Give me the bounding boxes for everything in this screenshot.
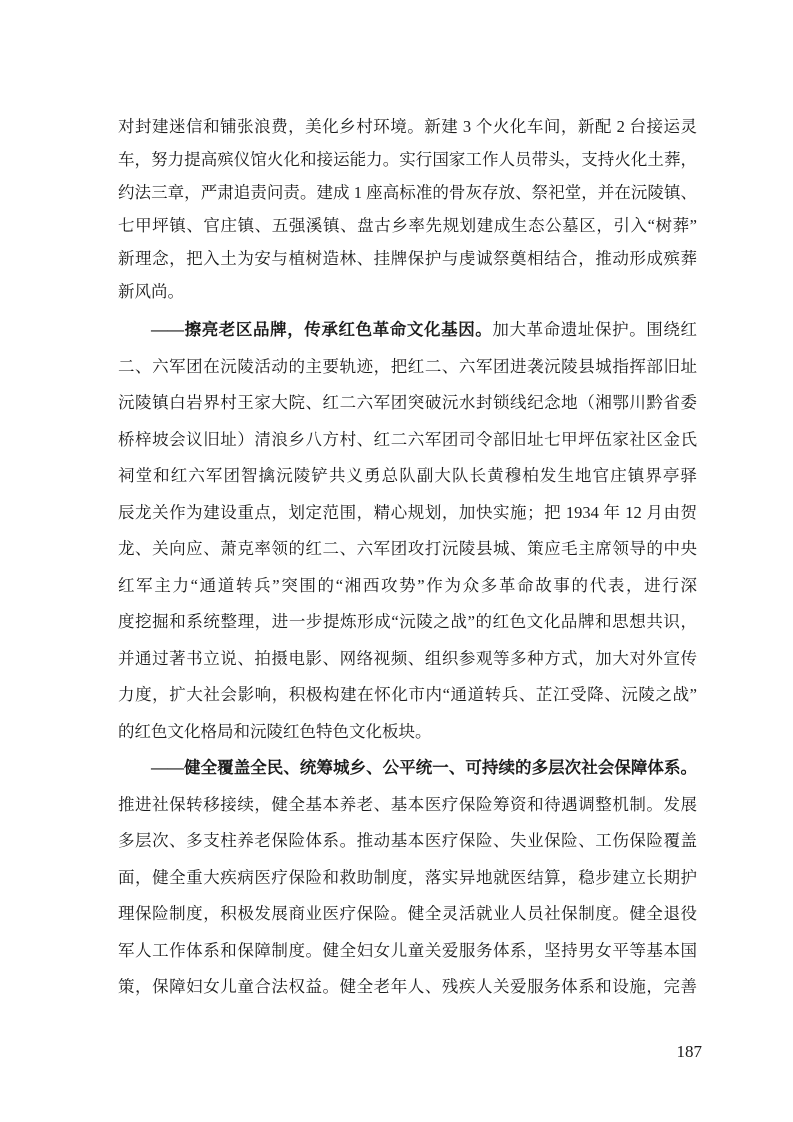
text-line: 理保险制度，积极发展商业医疗保险。健全灵活就业人员社保制度。健全退役 bbox=[118, 896, 697, 933]
text-line: 的红色文化格局和沅陵红色特色文化板块。 bbox=[118, 714, 697, 751]
text-line: 龙、关向应、萧克率领的红二、六军团攻打沅陵县城、策应毛主席领导的中央 bbox=[118, 531, 697, 568]
page-number: 187 bbox=[677, 1042, 703, 1062]
text-line: ——健全覆盖全民、统筹城乡、公平统一、可持续的多层次社会保障体系。 bbox=[118, 750, 697, 787]
paragraph: ——健全覆盖全民、统筹城乡、公平统一、可持续的多层次社会保障体系。推进社保转移接… bbox=[118, 750, 697, 1006]
text-line: 祠堂和红六军团智擒沅陵铲共义勇总队副大队长黄穆柏发生地官庄镇界亭驿 bbox=[118, 458, 697, 495]
bold-lead-text: ——擦亮老区品牌，传承红色革命文化基因。 bbox=[151, 320, 492, 339]
page-text-block: 对封建迷信和铺张浪费，美化乡村环境。新建 3 个火化车间，新配 2 台接运灵车，… bbox=[118, 110, 697, 1006]
bold-lead-text: ——健全覆盖全民、统筹城乡、公平统一、可持续的多层次社会保障体系。 bbox=[151, 758, 697, 777]
text-line: 辰龙关作为建设重点，划定范围，精心规划，加快实施；把 1934 年 12 月由贺 bbox=[118, 495, 697, 532]
paragraph: 对封建迷信和铺张浪费，美化乡村环境。新建 3 个火化车间，新配 2 台接运灵车，… bbox=[118, 110, 697, 308]
text-line: 桥梓坡会议旧址）清浪乡八方村、红二六军团司令部旧址七甲坪伍家社区金氏 bbox=[118, 422, 697, 459]
text-line: 车，努力提高殡仪馆火化和接运能力。实行国家工作人员带头，支持火化土葬， bbox=[118, 143, 697, 176]
text-line: 面，健全重大疾病医疗保险和救助制度，落实异地就医结算，稳步建立长期护 bbox=[118, 860, 697, 897]
text-line: 并通过著书立说、拍摄电影、网络视频、组织参观等多种方式，加大对外宣传 bbox=[118, 641, 697, 678]
text-line: 推进社保转移接续，健全基本养老、基本医疗保险筹资和待遇调整机制。发展 bbox=[118, 787, 697, 824]
text-line: 军人工作体系和保障制度。健全妇女儿童关爱服务体系，坚持男女平等基本国 bbox=[118, 933, 697, 970]
document-page: 对封建迷信和铺张浪费，美化乡村环境。新建 3 个火化车间，新配 2 台接运灵车，… bbox=[0, 0, 793, 1122]
text-line: 力度，扩大社会影响，积极构建在怀化市内“通道转兵、芷江受降、沅陵之战” bbox=[118, 677, 697, 714]
text-line: 红军主力“通道转兵”突围的“湘西攻势”作为众多革命故事的代表，进行深 bbox=[118, 568, 697, 605]
text-line: 新理念，把入土为安与植树造林、挂牌保护与虔诚祭奠相结合，推动形成殡葬 bbox=[118, 242, 697, 275]
text-line: 沅陵镇白岩界村王家大院、红二六军团突破沅水封锁线纪念地（湘鄂川黔省委 bbox=[118, 385, 697, 422]
paragraph: ——擦亮老区品牌，传承红色革命文化基因。加大革命遗址保护。围绕红二、六军团在沅陵… bbox=[118, 312, 697, 750]
text-line: 新风尚。 bbox=[118, 275, 697, 308]
text-line: 度挖掘和系统整理，进一步提炼形成“沅陵之战”的红色文化品牌和思想共识， bbox=[118, 604, 697, 641]
text-line: 七甲坪镇、官庄镇、五强溪镇、盘古乡率先规划建成生态公墓区，引入“树葬” bbox=[118, 209, 697, 242]
text-line: 二、六军团在沅陵活动的主要轨迹，把红二、六军团进袭沅陵县城指挥部旧址 bbox=[118, 349, 697, 386]
text-line: ——擦亮老区品牌，传承红色革命文化基因。加大革命遗址保护。围绕红 bbox=[118, 312, 697, 349]
text-line: 对封建迷信和铺张浪费，美化乡村环境。新建 3 个火化车间，新配 2 台接运灵 bbox=[118, 110, 697, 143]
text-line: 策，保障妇女儿童合法权益。健全老年人、残疾人关爱服务体系和设施，完善 bbox=[118, 969, 697, 1006]
text-line: 约法三章，严肃追责问责。建成 1 座高标准的骨灰存放、祭祀堂，并在沅陵镇、 bbox=[118, 176, 697, 209]
text-line: 多层次、多支柱养老保险体系。推动基本医疗保险、失业保险、工伤保险覆盖 bbox=[118, 823, 697, 860]
